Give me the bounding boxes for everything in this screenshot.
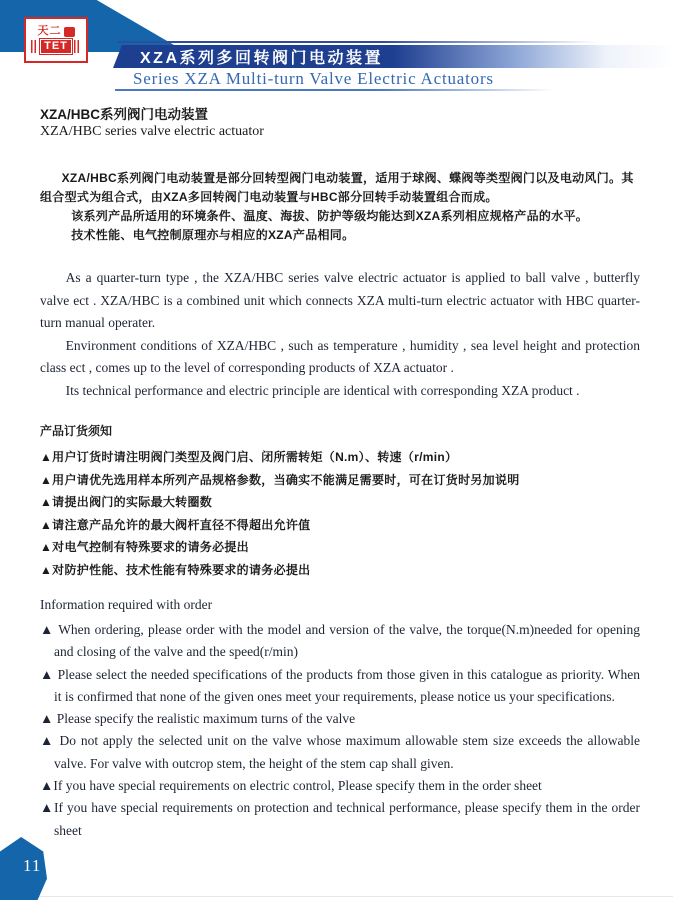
logo-text-zh: 天二 (38, 26, 62, 37)
intro-zh-p1: XZA/HBC系列阀门电动装置是部分回转型阀门电动装置，适用于球阀、蝶阀等类型阀… (40, 169, 640, 207)
intro-en-p1: As a quarter-turn type , the XZA/HBC ser… (40, 267, 640, 335)
list-item: ▲用户订货时请注明阀门类型及阀门启、闭所需转矩（N.m）、转速（r/min） (40, 446, 640, 469)
list-item: ▲ Do not apply the selected unit on the … (40, 730, 640, 775)
company-logo: 天二 TET (24, 17, 88, 63)
list-item: ▲If you have special requirements on ele… (40, 775, 640, 797)
section-heading-en: XZA/HBC series valve electric actuator (40, 123, 640, 141)
intro-en-p3: Its technical performance and electric p… (40, 380, 640, 403)
header-banner: XZA系列多回转阀门电动装置 (113, 45, 673, 68)
order-notes-zh-title: 产品订货须知 (40, 422, 640, 440)
list-item: ▲ When ordering, please order with the m… (40, 619, 640, 664)
section-heading-zh: XZA/HBC系列阀门电动装置 (40, 106, 640, 123)
intro-zh-p2: 该系列产品所适用的环境条件、温度、海拔、防护等级均能达到XZA系列相应规格产品的… (40, 207, 640, 226)
page-number-badge: 11 (0, 837, 47, 900)
page-title-en: Series XZA Multi-turn Valve Electric Act… (133, 69, 494, 89)
header-underline (115, 89, 555, 91)
logo-bottom-row: TET (31, 39, 81, 54)
list-item: ▲If you have special requirements on pro… (40, 797, 640, 842)
list-item: ▲对电气控制有特殊要求的请务必提出 (40, 536, 640, 559)
list-item: ▲对防护性能、技术性能有特殊要求的请务必提出 (40, 559, 640, 582)
order-notes-en: Information required with order ▲ When o… (40, 595, 640, 842)
order-notes-zh-list: ▲用户订货时请注明阀门类型及阀门启、闭所需转矩（N.m）、转速（r/min）▲用… (40, 446, 640, 581)
logo-text-tet: TET (40, 39, 72, 54)
page-title-zh: XZA系列多回转阀门电动装置 (113, 45, 383, 68)
order-notes-en-title: Information required with order (40, 595, 640, 615)
list-item: ▲ Please select the needed specification… (40, 664, 640, 709)
list-item: ▲用户请优先选用样本所列产品规格参数，当确实不能满足需要时，可在订货时另加说明 (40, 469, 640, 492)
order-notes-zh: 产品订货须知 ▲用户订货时请注明阀门类型及阀门启、闭所需转矩（N.m）、转速（r… (40, 422, 640, 581)
bottom-rule (0, 896, 673, 897)
logo-bars-left (31, 40, 38, 53)
logo-block-mark (64, 27, 75, 37)
intro-paragraphs-zh: XZA/HBC系列阀门电动装置是部分回转型阀门电动装置，适用于球阀、蝶阀等类型阀… (40, 169, 640, 245)
list-item: ▲请提出阀门的实际最大转圈数 (40, 491, 640, 514)
page-number: 11 (23, 856, 41, 876)
list-item: ▲ Please specify the realistic maximum t… (40, 708, 640, 730)
intro-zh-p3: 技术性能、电气控制原理亦与相应的XZA产品相同。 (40, 226, 640, 245)
page-content: XZA/HBC系列阀门电动装置 XZA/HBC series valve ele… (40, 106, 640, 842)
list-item: ▲请注意产品允许的最大阀杆直径不得超出允许值 (40, 514, 640, 537)
order-notes-en-list: ▲ When ordering, please order with the m… (40, 619, 640, 842)
catalog-page: 天二 TET XZA系列多回转阀门电动装置 Series XZA Multi-t… (0, 0, 673, 900)
intro-en-p2: Environment conditions of XZA/HBC , such… (40, 335, 640, 380)
intro-paragraphs-en: As a quarter-turn type , the XZA/HBC ser… (40, 267, 640, 402)
logo-bars-right (74, 40, 81, 53)
banner-top-rule (118, 41, 598, 43)
logo-top-row: 天二 (38, 26, 75, 37)
